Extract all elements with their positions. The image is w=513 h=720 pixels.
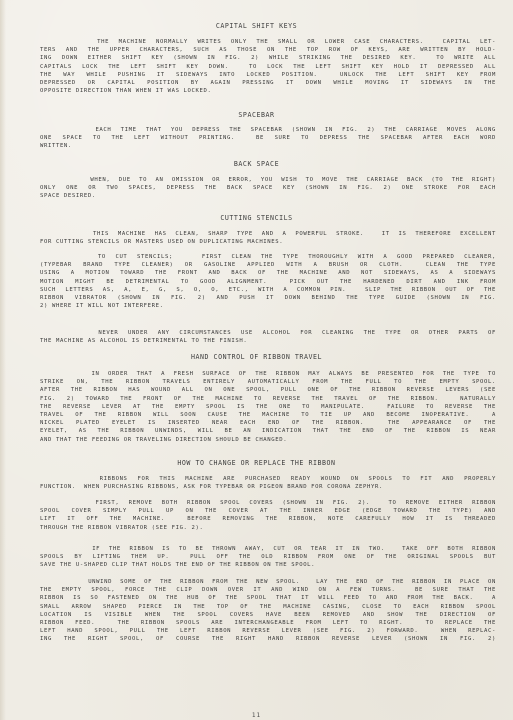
paragraph-ribbon-purchase: Ribbons for this machine are purchased r… [40, 475, 496, 491]
section-heading-capital-shift-keys: CAPITAL SHIFT KEYS [0, 22, 513, 30]
text-line: Ribbon Vibrator (shown in Fig. 2) and pu… [40, 294, 496, 302]
text-line: nickel plated eyelet is inserted near ea… [40, 419, 496, 427]
text-line: Ribbons for this machine are purchased r… [40, 475, 496, 483]
text-line: Spool Cover simply pull up on the Cover … [40, 507, 496, 515]
text-line: Ribbon is so fastened on the Hub of the … [40, 594, 496, 602]
text-line: the way while pushing it sideways into l… [40, 71, 496, 79]
paragraph-remove-spool-covers: First, remove both Ribbon Spool Covers (… [40, 499, 496, 532]
paragraph-spacebar: Each time that you depress the Spacebar … [40, 126, 496, 151]
paragraph-back-space: When, due to an omission or error, you w… [40, 176, 496, 201]
text-line: small arrow shaped pierce in the top of … [40, 603, 496, 611]
text-line: Unwind some of the Ribbon from the new S… [40, 578, 496, 586]
text-line: Spools by lifting them up. Pull off the … [40, 553, 496, 561]
text-line: written. [40, 142, 496, 150]
text-line: through the Ribbon Vibrator (see Fig. 2)… [40, 524, 496, 532]
paragraph-discard-ribbon: If the Ribbon is to be thrown away, cut … [40, 545, 496, 570]
text-line: ing down either Shift Key (shown in Fig.… [40, 54, 496, 62]
text-line: the empty Spool, force the Clip down ove… [40, 586, 496, 594]
text-line: After the Ribbon has wound all on one Sp… [40, 386, 496, 394]
text-line: ing the right Spool, of course the right… [40, 635, 496, 643]
section-heading-change-replace-ribbon: HOW TO CHANGE OR REPLACE THE RIBBON [0, 459, 513, 467]
text-line: space desired. [40, 192, 496, 200]
text-line: If the Ribbon is to be thrown away, cut … [40, 545, 496, 553]
text-line: motion might be detrimental to good alig… [40, 278, 496, 286]
section-heading-hand-control-ribbon-travel: HAND CONTROL OF RIBBON TRAVEL [0, 353, 513, 361]
section-heading-cutting-stencils: CUTTING STENCILS [0, 214, 513, 222]
text-line: using a motion toward the front and back… [40, 269, 496, 277]
text-line: for cutting stencils or masters used on … [40, 238, 496, 246]
text-line: save the U-shaped Clip that holds the en… [40, 561, 496, 569]
text-line: First, remove both Ribbon Spool Covers (… [40, 499, 496, 507]
text-line: Never under any circumstances use alcoho… [40, 329, 496, 337]
text-line: such letters as, a, e, g, s, o, o, etc.,… [40, 286, 496, 294]
text-line: depressed or capital position by again p… [40, 79, 496, 87]
text-line: 2) where it will not interfere. [40, 302, 496, 310]
paragraph-capital-shift-keys: The machine normally writes only the sma… [40, 38, 496, 95]
text-line: the Reverse Lever at the empty Spool is … [40, 403, 496, 411]
text-line: ters and the upper characters, such as t… [40, 46, 496, 54]
section-heading-back-space: BACK SPACE [0, 160, 513, 168]
text-line: travel of the Ribbon will soon cause the… [40, 411, 496, 419]
text-line: In order that a fresh surface of the Rib… [40, 370, 496, 378]
text-line: only one or two spaces, depress the Back… [40, 184, 496, 192]
paragraph-stencils-instructions: To cut stencils; First clean the type th… [40, 253, 496, 310]
text-line: To cut stencils; First clean the type th… [40, 253, 496, 261]
text-line: one space to the left without printing. … [40, 134, 496, 142]
text-line: lift it off the machine. Before removing… [40, 515, 496, 523]
text-line: location is visible when the Spool Cover… [40, 611, 496, 619]
text-line: the machine as alcohol is detrimental to… [40, 337, 496, 345]
text-line: Each time that you depress the Spacebar … [40, 126, 496, 134]
text-line: When, due to an omission or error, you w… [40, 176, 496, 184]
section-heading-spacebar: SPACEBAR [0, 111, 513, 119]
paragraph-ribbon-travel: In order that a fresh surface of the Rib… [40, 370, 496, 444]
page-number: 11 [0, 712, 513, 719]
text-line: strike on, the Ribbon travels entirely a… [40, 378, 496, 386]
paragraph-stencils-alcohol-warning: Never under any circumstances use alcoho… [40, 329, 496, 345]
text-line: capitals lock the left Shift Key down. T… [40, 63, 496, 71]
text-line: (Typebar Brand Type Cleaner) or gasoline… [40, 261, 496, 269]
paragraph-install-new-ribbon: Unwind some of the Ribbon from the new S… [40, 578, 496, 644]
text-line: Ribbon feed. The Ribbon Spools are inter… [40, 619, 496, 627]
text-line: left hand spool, pull the left Ribbon Re… [40, 627, 496, 635]
text-line: This machine has clean, sharp type and a… [40, 230, 496, 238]
text-line: eyelet, as the Ribbon unwinds, will be a… [40, 427, 496, 435]
text-line: The machine normally writes only the sma… [40, 38, 496, 46]
text-line: Fig. 2) toward the front of the machine … [40, 395, 496, 403]
paragraph-stencils-intro: This machine has clean, sharp type and a… [40, 230, 496, 246]
text-line: function. When purchasing Ribbons, ask f… [40, 483, 496, 491]
text-line: and that the feeding or traveling direct… [40, 436, 496, 444]
text-line: opposite direction than when it was lock… [40, 87, 496, 95]
